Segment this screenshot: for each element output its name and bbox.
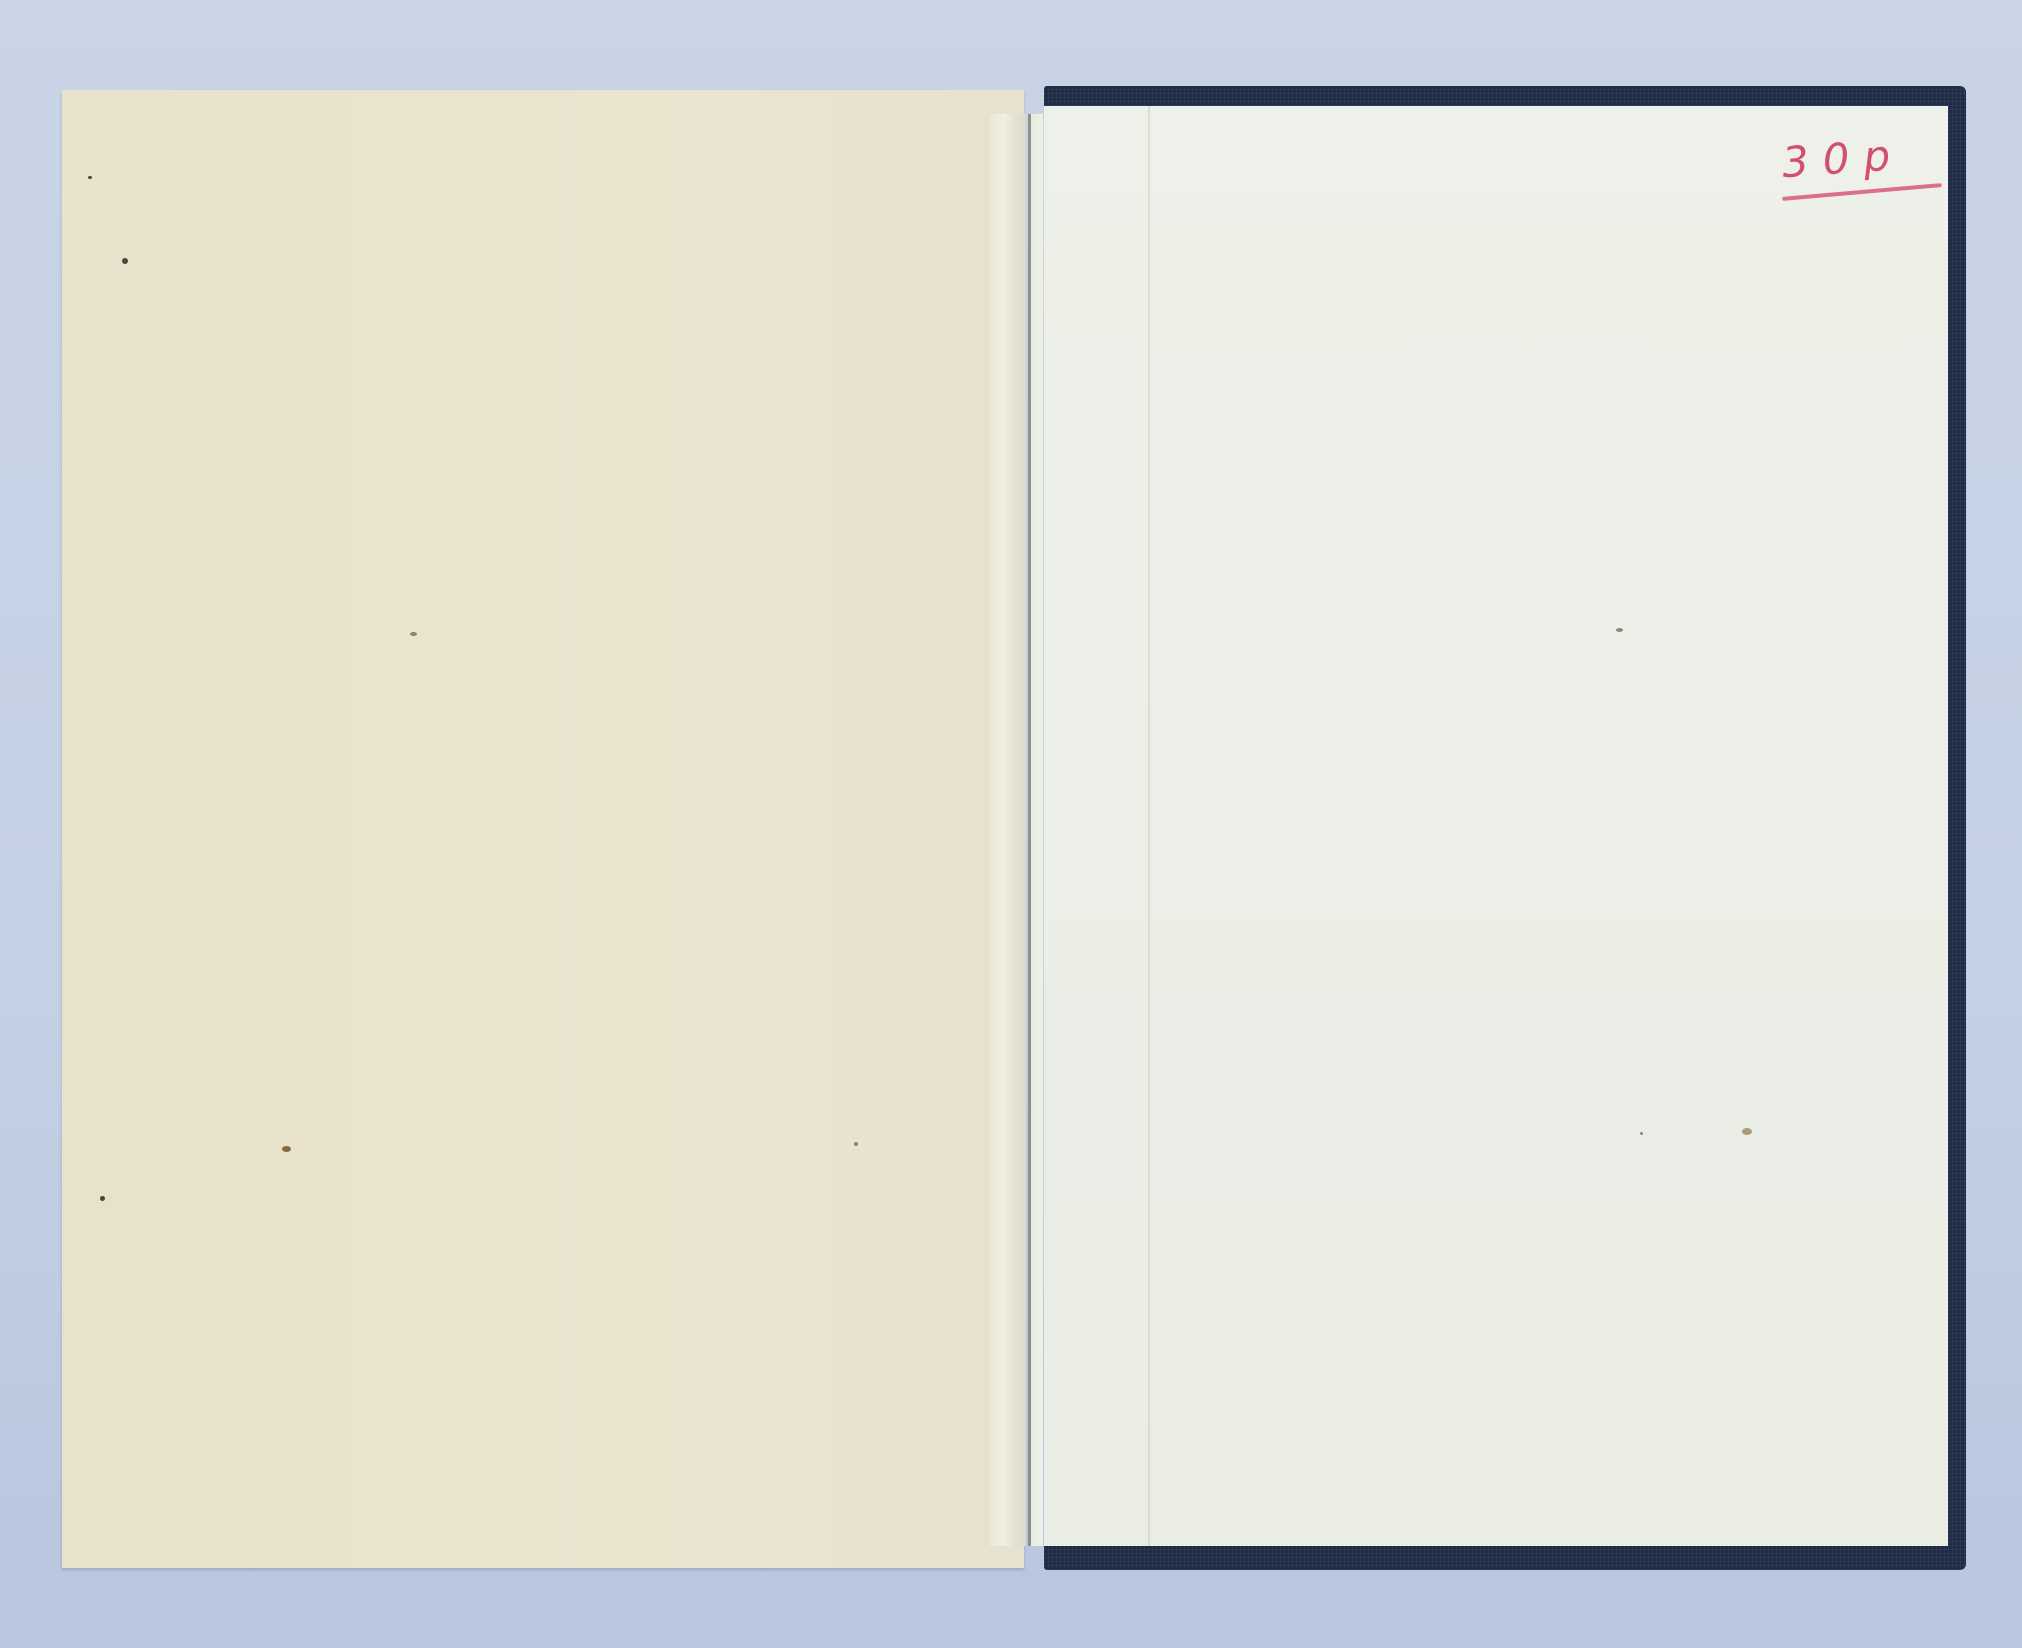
paper-speck: [854, 1142, 858, 1146]
pastedown-turn-in-edge: [1148, 106, 1150, 1546]
left-endpaper: [62, 90, 1024, 1568]
paper-speck: [282, 1146, 291, 1152]
paper-speck: [122, 258, 128, 264]
gutter-fold: [990, 114, 1026, 1546]
paper-speck: [100, 1196, 105, 1201]
right-pastedown-endpaper: [1044, 106, 1948, 1546]
paper-speck: [88, 176, 92, 179]
paper-speck: [1616, 628, 1623, 632]
handwritten-price: 30p: [1780, 130, 1905, 187]
paper-speck: [410, 632, 417, 636]
paper-speck: [1640, 1132, 1643, 1135]
hinge-strip: [1031, 114, 1043, 1546]
paper-speck: [1742, 1128, 1752, 1135]
